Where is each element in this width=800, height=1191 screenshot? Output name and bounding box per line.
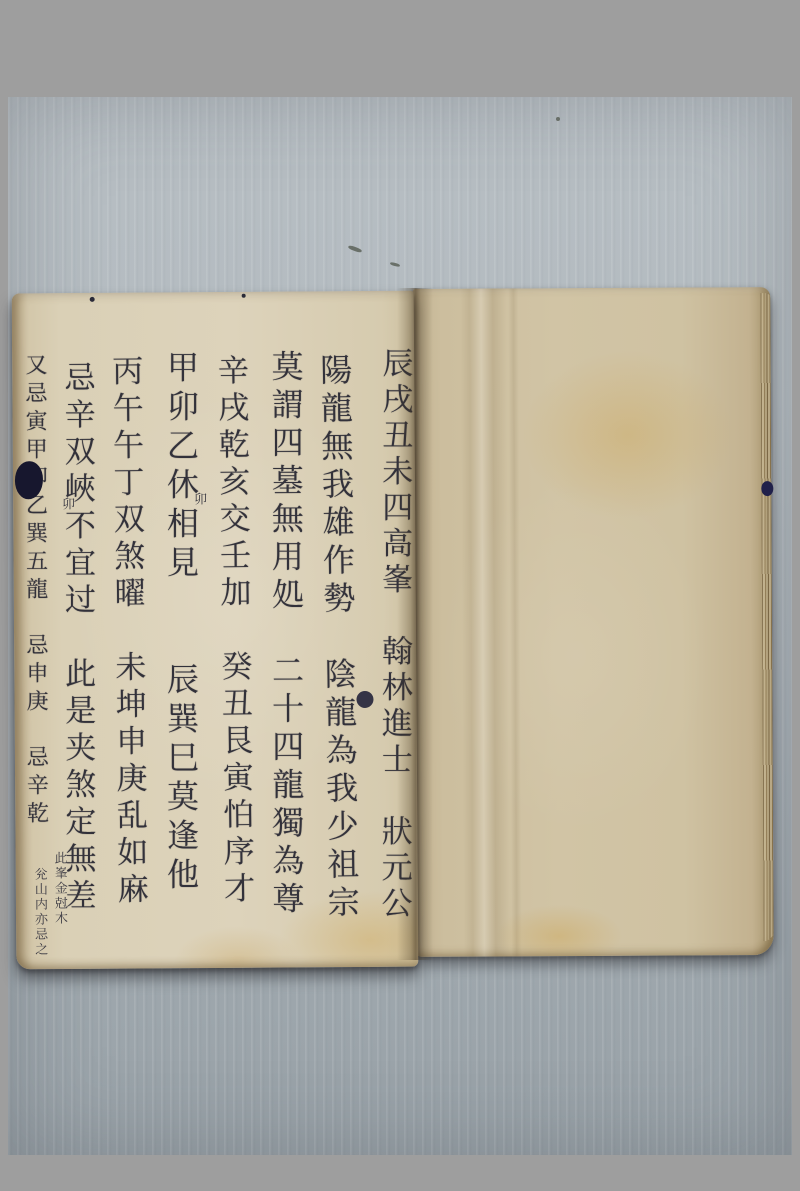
ink-blot — [90, 297, 95, 302]
correction-mark-mao: 卯 — [189, 492, 208, 505]
text-column-2: 陽龍無我雄作勢 陰龍為我少祖宗 — [311, 353, 365, 924]
text-column-5: 甲卯乙休相見 辰巽巳莫逢他 — [158, 350, 204, 896]
text-column-3: 莫謂四墓無用処 二十四龍獨為尊 — [263, 349, 310, 919]
correction-mark-mao: 卯 — [57, 497, 76, 510]
marginal-note-1: 此峯金尅木 — [50, 851, 70, 926]
surface-speck — [390, 262, 400, 267]
left-page-text: 辰戌丑未四高峯 翰林進士 狀元公 陽龍無我雄作勢 陰龍為我少祖宗 莫謂四墓無用処… — [12, 291, 419, 970]
book-gutter-shadow — [397, 288, 433, 960]
ink-blot — [242, 294, 246, 298]
text-column-6: 丙午午丁双煞曜 未坤申庚乱如麻 — [102, 354, 153, 909]
surface-speck — [556, 117, 560, 121]
surface-speck — [348, 245, 363, 254]
text-column-4: 辛戌乾亥交壬加 癸丑艮寅怕序才 — [208, 354, 260, 910]
ink-blot — [356, 691, 373, 708]
text-column-8: 又忌寅甲卯乙巽五龍 忌申庚 忌辛乾 — [19, 353, 52, 829]
ink-blot — [761, 481, 773, 496]
page-crease — [460, 288, 509, 956]
text-column-7: 忌辛双峽不宜过 此是夹煞定無差 — [55, 361, 101, 916]
page-crease — [508, 288, 521, 956]
right-page-blank — [412, 287, 773, 957]
marginal-note-2: 兊山内亦忌之 — [30, 867, 50, 957]
